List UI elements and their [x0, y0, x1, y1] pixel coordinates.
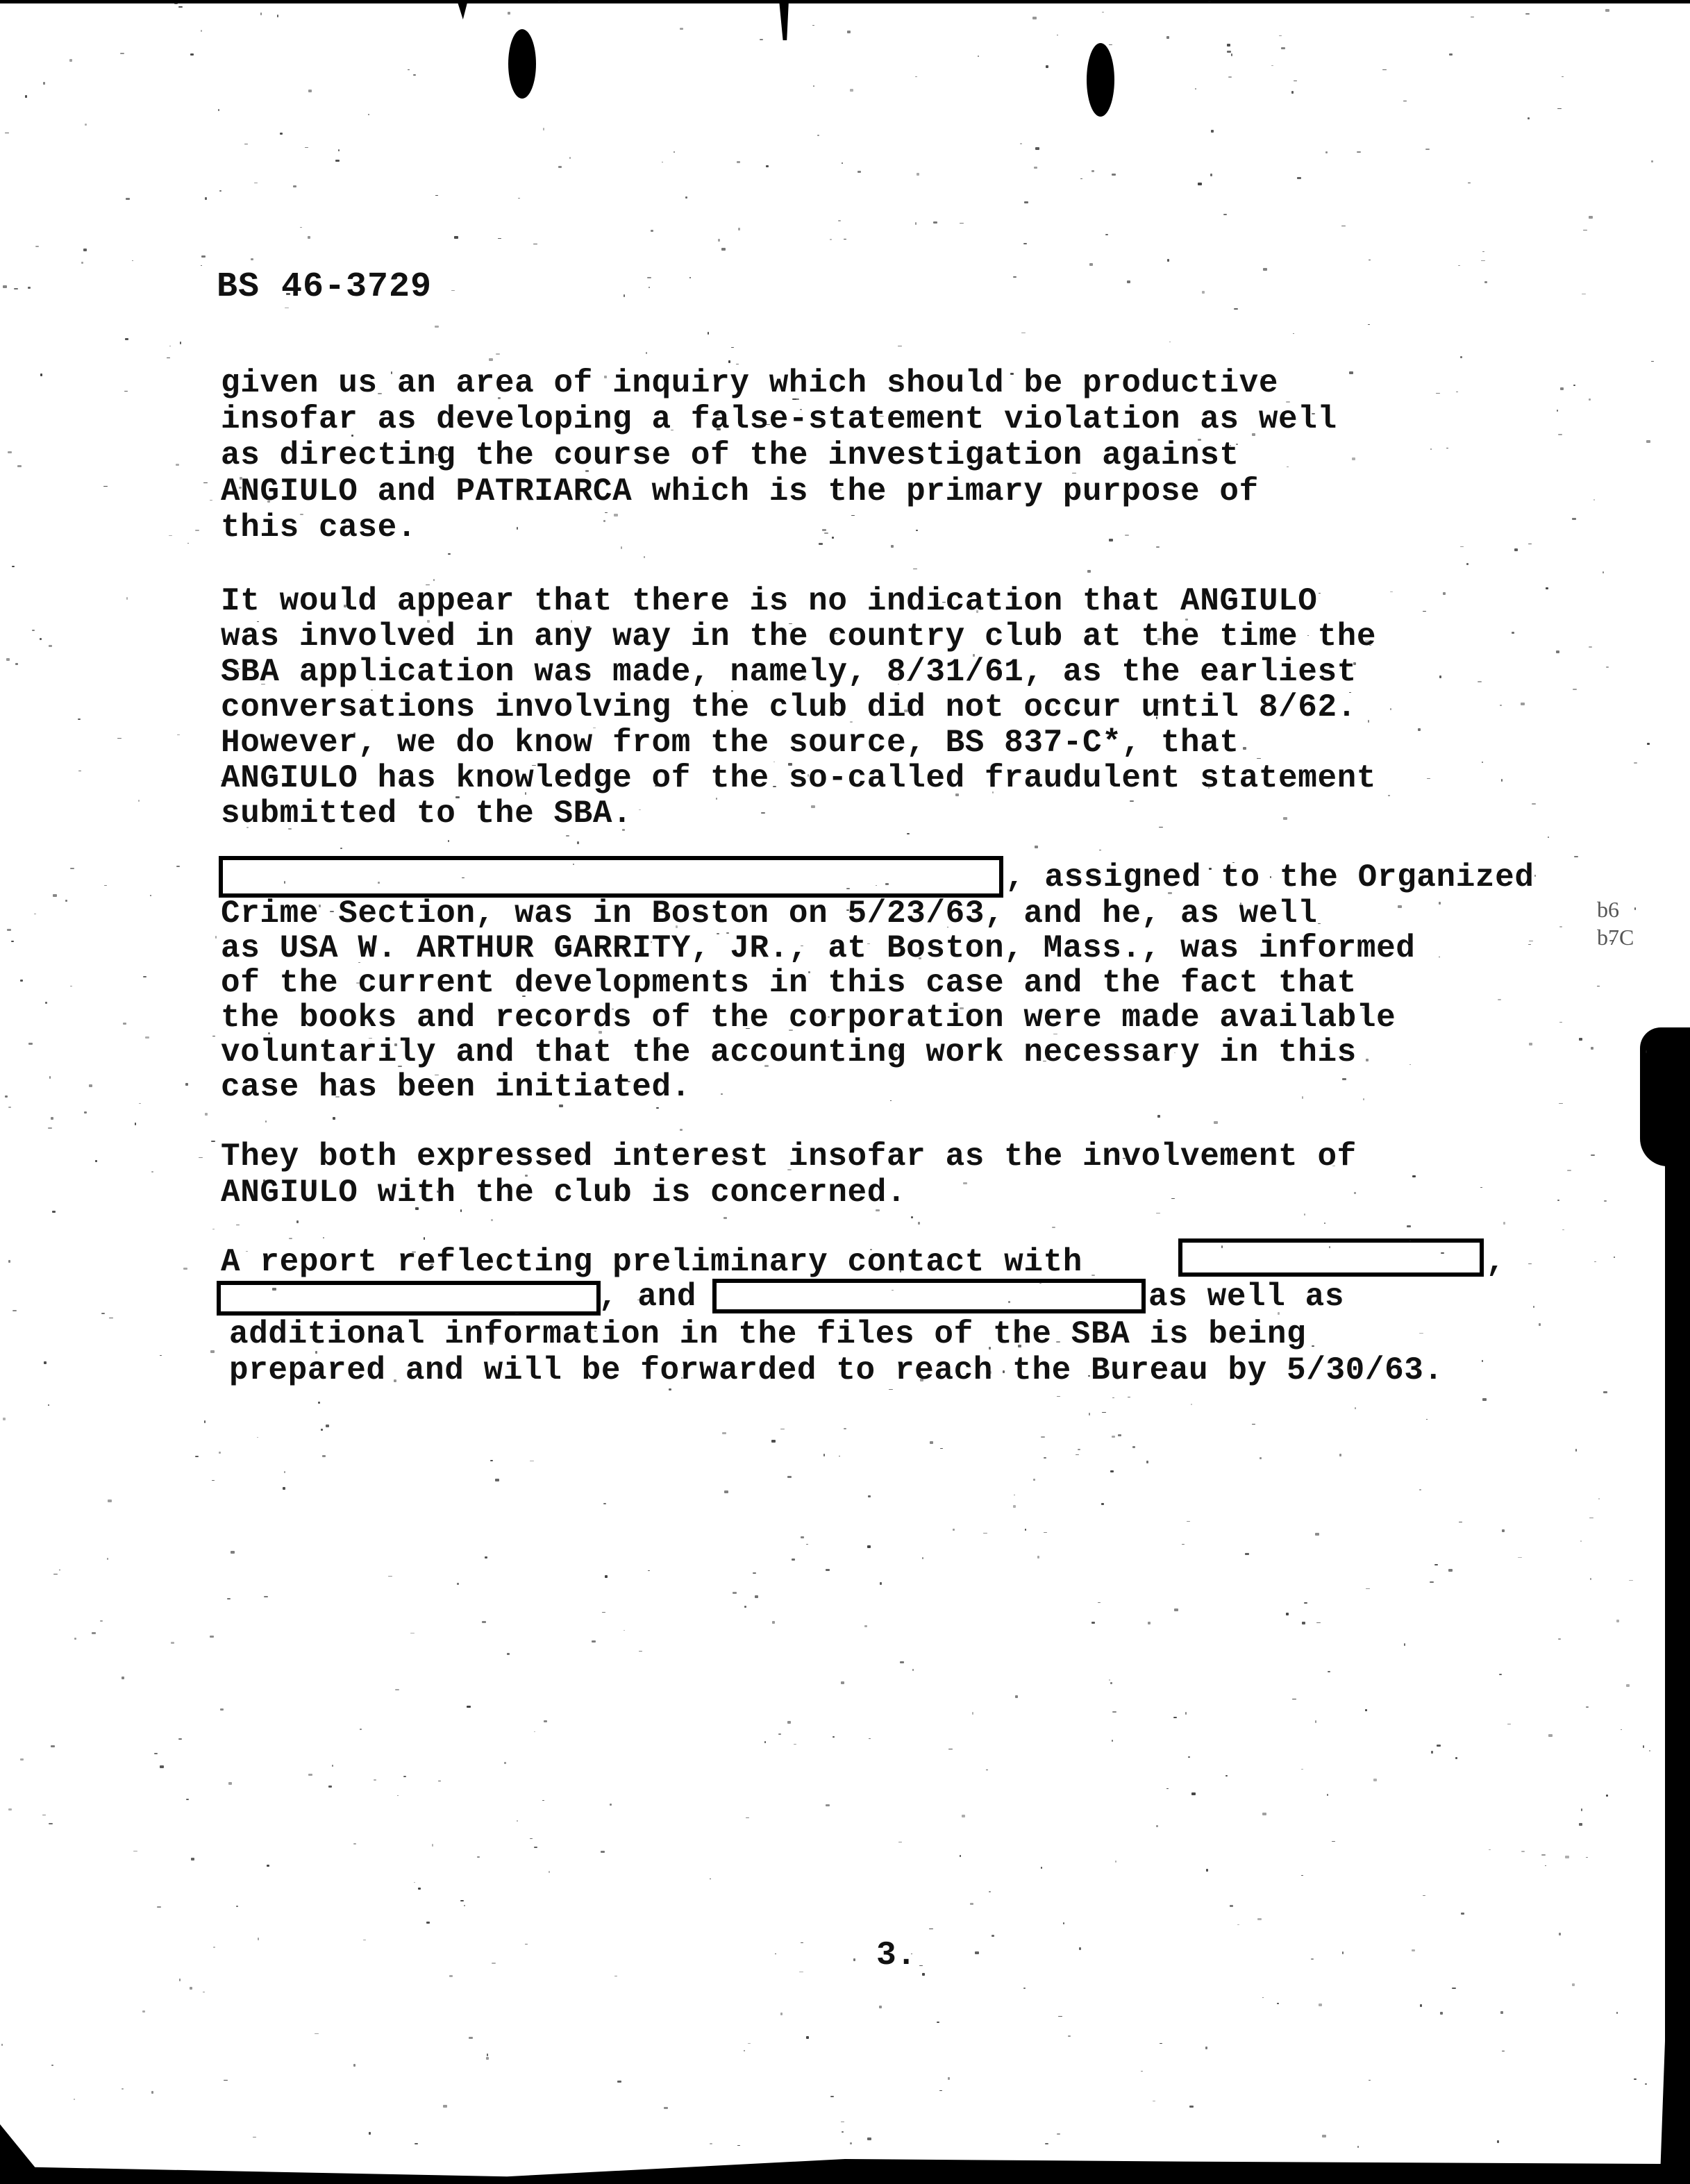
scan-speck [721, 1093, 723, 1095]
scan-speck [761, 812, 765, 814]
scan-speck [833, 1736, 835, 1738]
scan-speck [962, 1815, 965, 1817]
scan-speck [294, 609, 295, 610]
scan-speck [212, 1480, 215, 1481]
scan-speck [1443, 592, 1446, 595]
scan-speck [40, 638, 42, 640]
scan-speck [1366, 1059, 1369, 1061]
scan-speck [1211, 130, 1214, 133]
scan-speck [201, 255, 206, 258]
scan-speck [201, 30, 202, 32]
scan-speck [414, 1882, 415, 1883]
scan-speck [312, 1180, 316, 1183]
text-line: the books and records of the corporation… [221, 1000, 1396, 1036]
scan-speck [787, 1169, 792, 1170]
scan-speck [305, 147, 308, 148]
scan-speck [288, 828, 292, 830]
scan-speck [1015, 1695, 1018, 1698]
scan-speck [332, 1765, 333, 1767]
scan-speck [1087, 570, 1091, 573]
scan-speck [1388, 795, 1390, 796]
scan-speck [992, 1935, 994, 1937]
scan-speck [1583, 230, 1587, 230]
scan-speck [624, 1630, 625, 1631]
scan-speck [1368, 720, 1369, 723]
scan-speck [1332, 1841, 1335, 1842]
scan-speck [236, 1225, 240, 1225]
scan-speck [716, 798, 717, 800]
scan-speck [1502, 2051, 1505, 2051]
scan-speck [1307, 635, 1309, 636]
scan-speck [239, 487, 242, 489]
scan-speck [6, 658, 10, 661]
scan-speck [744, 2050, 745, 2051]
scan-speck [169, 346, 171, 346]
scan-speck [122, 1677, 124, 1679]
scan-speck [1357, 2146, 1359, 2148]
scan-speck [1115, 1860, 1116, 1863]
scan-speck [907, 833, 910, 834]
scan-speck [1279, 35, 1282, 36]
scan-speck [1324, 1223, 1325, 1224]
scan-speck [831, 741, 834, 743]
exemption-code-b6: b6 [1597, 897, 1619, 923]
scan-speck [469, 2037, 473, 2039]
scan-speck [710, 1879, 711, 1879]
scan-speck [1214, 1121, 1218, 1124]
scan-speck [426, 585, 430, 585]
scan-speck [1579, 1038, 1582, 1041]
scan-speck [1187, 1521, 1190, 1522]
scan-speck [1647, 743, 1650, 745]
scan-speck [308, 90, 312, 92]
scan-speck [1349, 371, 1353, 374]
scan-speck [963, 1182, 967, 1184]
scan-speck [1191, 1404, 1192, 1405]
scan-speck [780, 1429, 785, 1429]
scan-speck [1237, 1924, 1239, 1925]
scan-speck [1286, 1613, 1289, 1615]
scan-speck [824, 532, 828, 534]
scan-speck [1166, 36, 1169, 39]
scan-speck [1110, 1682, 1112, 1684]
scan-speck [449, 1975, 453, 1977]
scan-speck [1514, 548, 1518, 551]
scan-speck [1498, 999, 1501, 1000]
scan-speck [721, 248, 726, 251]
scan-speck [806, 2036, 809, 2039]
scan-speck [1195, 88, 1196, 90]
scan-speck [1403, 101, 1407, 101]
scan-speck [32, 630, 35, 631]
scan-speck [322, 1455, 326, 1457]
scan-speck [8, 1107, 11, 1108]
scan-speck [145, 1036, 149, 1039]
scan-speck [151, 2091, 153, 2094]
text-line: as well as [1148, 1279, 1344, 1315]
scan-speck [178, 1738, 182, 1740]
scan-speck [939, 2090, 942, 2091]
scan-speck [1257, 758, 1261, 759]
scan-speck [393, 276, 397, 279]
scan-speck [844, 239, 846, 240]
scan-speck [460, 1900, 464, 1901]
scan-speck [955, 793, 959, 796]
scan-tear-mark [779, 0, 789, 40]
scan-speck [764, 1065, 769, 1067]
scan-speck [525, 1175, 528, 1177]
scan-speck [710, 2143, 712, 2144]
scan-speck [525, 792, 526, 795]
scan-speck [1, 2044, 3, 2046]
scan-speck [525, 1944, 528, 1944]
scan-speck [415, 1207, 419, 1210]
scan-speck [869, 1738, 871, 1739]
scan-speck [215, 936, 217, 939]
scan-speck [753, 1572, 756, 1574]
scan-speck [183, 1268, 187, 1270]
scan-speck [559, 1104, 563, 1107]
scan-speck [1558, 1638, 1561, 1640]
scan-speck [792, 398, 796, 400]
scan-speck [1598, 1498, 1600, 1500]
scan-speck [190, 1987, 192, 1990]
scan-speck [1390, 708, 1391, 710]
scan-speck [398, 1066, 402, 1067]
scan-speck [1301, 1875, 1303, 1876]
scan-speck [850, 2142, 852, 2144]
scan-speck [53, 894, 57, 897]
scan-speck [736, 364, 739, 364]
scan-speck [1528, 544, 1532, 544]
scan-speck [432, 1844, 433, 1847]
scan-speck [395, 1689, 399, 1690]
scan-speck [388, 1576, 392, 1577]
scan-speck [603, 1503, 606, 1504]
scan-speck [1460, 546, 1464, 547]
text-line: conversations involving the club did not… [221, 689, 1357, 725]
scan-speck [1156, 1825, 1158, 1827]
scan-speck [1398, 905, 1402, 908]
scan-speck [542, 1800, 544, 1801]
scan-speck [904, 709, 908, 712]
scan-speck [391, 371, 392, 374]
scan-speck [125, 338, 128, 340]
scan-speck [930, 1441, 933, 1444]
scan-speck [1167, 259, 1169, 262]
scan-speck [11, 941, 14, 942]
scan-speck [1589, 646, 1592, 648]
scan-speck [948, 1749, 953, 1749]
scan-speck [1591, 1154, 1595, 1156]
scan-speck [864, 1625, 867, 1627]
scan-speck [1044, 1532, 1047, 1533]
scan-speck [1497, 2140, 1499, 2143]
scan-speck [12, 566, 15, 567]
scan-speck [1603, 571, 1604, 573]
scan-speck [264, 1596, 268, 1597]
scan-speck [1499, 1674, 1502, 1675]
scan-speck [737, 161, 740, 163]
scan-speck [1128, 1397, 1130, 1397]
scan-speck [1382, 69, 1387, 70]
scan-speck [315, 1351, 317, 1354]
scan-speck [477, 1856, 480, 1858]
scan-speck [1528, 944, 1531, 945]
scan-speck [315, 2033, 319, 2034]
scan-speck [983, 1533, 987, 1534]
scan-speck [1312, 1345, 1314, 1347]
scan-speck [1209, 868, 1212, 870]
scan-speck [1573, 689, 1577, 690]
scan-speck [1202, 291, 1205, 294]
scan-speck [117, 738, 122, 739]
scan-speck [1430, 448, 1432, 450]
scan-speck [277, 15, 278, 17]
scan-speck [176, 866, 180, 867]
scan-speck [199, 1157, 203, 1158]
text-line: as directing the course of the investiga… [221, 437, 1239, 473]
scan-speck [1594, 1261, 1596, 1262]
scan-speck [1423, 611, 1426, 612]
scan-speck [1123, 1158, 1126, 1159]
scan-speck [260, 12, 262, 15]
scan-speck [787, 1476, 792, 1478]
scan-speck [1525, 13, 1530, 15]
scan-speck [1629, 1580, 1633, 1581]
scan-speck [680, 1129, 683, 1131]
binder-hole-icon [1087, 43, 1114, 117]
scan-speck [143, 976, 147, 977]
scan-speck [1063, 1922, 1064, 1924]
scan-speck [646, 352, 647, 354]
scan-speck [917, 173, 919, 176]
scan-speck [1341, 226, 1346, 226]
scan-speck [178, 6, 183, 8]
scan-speck [1507, 1724, 1511, 1724]
scan-speck [1021, 333, 1026, 333]
scan-speck [1046, 65, 1048, 68]
scan-speck [51, 1117, 53, 1120]
scan-speck [1458, 265, 1460, 266]
scan-speck [920, 1379, 923, 1381]
scan-speck [1102, 12, 1104, 12]
scan-speck [628, 1081, 630, 1082]
scan-speck [755, 1595, 758, 1598]
scan-speck [558, 166, 562, 168]
scan-speck [1326, 883, 1329, 886]
scan-speck [150, 895, 151, 896]
scan-speck [530, 1461, 534, 1461]
scan-speck [185, 1083, 188, 1086]
scan-speck [662, 162, 663, 162]
scan-speck [344, 605, 346, 607]
scan-speck [1089, 263, 1093, 266]
text-line: prepared and will be forwarded to reach … [229, 1352, 1444, 1388]
scan-speck [976, 610, 978, 613]
scan-speck [622, 829, 625, 831]
scan-speck [369, 2132, 371, 2135]
scan-speck [1035, 846, 1038, 848]
scan-speck [1556, 650, 1559, 653]
scan-speck [5, 1095, 8, 1098]
scan-speck [850, 89, 853, 92]
scan-speck [74, 1638, 76, 1640]
scan-speck [180, 342, 181, 344]
scan-speck [1099, 850, 1101, 850]
text-line: case has been initiated. [221, 1069, 691, 1105]
scan-speck [212, 1229, 215, 1229]
binder-hole-icon [508, 29, 536, 99]
scan-speck [801, 946, 803, 946]
scan-speck [644, 556, 645, 558]
file-number: BS 46-3729 [217, 267, 432, 307]
scan-speck [1160, 2043, 1162, 2044]
text-line: as USA W. ARTHUR GARRITY, JR., at Boston… [221, 930, 1415, 966]
scan-speck [953, 1529, 955, 1531]
scan-speck [356, 982, 360, 984]
scan-speck [680, 28, 683, 30]
scan-speck [651, 941, 652, 943]
text-line: given us an area of inquiry which should… [221, 365, 1278, 401]
scan-speck [454, 236, 458, 239]
scan-speck [35, 246, 39, 247]
scan-speck [972, 1712, 973, 1715]
scan-speck [830, 2096, 834, 2097]
scan-speck [1482, 251, 1484, 252]
scan-speck [603, 520, 605, 522]
scan-speck [176, 464, 179, 466]
scan-speck [844, 1428, 846, 1429]
scan-speck [17, 465, 22, 467]
scan-speck [408, 69, 410, 70]
scan-speck [1567, 1170, 1571, 1171]
scan-speck [1245, 1553, 1249, 1555]
scan-speck [656, 1107, 659, 1109]
scan-speck [52, 1211, 56, 1213]
scan-speck [823, 1454, 825, 1456]
scan-speck [1312, 413, 1315, 414]
scan-speck [405, 712, 408, 714]
scan-speck [724, 1490, 728, 1493]
scan-speck [14, 288, 18, 289]
scan-speck [203, 482, 208, 483]
scan-speck [1210, 174, 1212, 176]
scan-speck [1173, 1717, 1177, 1718]
scan-speck [1579, 1823, 1582, 1826]
scan-speck [1110, 1470, 1114, 1472]
scan-speck [937, 2022, 939, 2023]
scan-speck [1044, 1457, 1046, 1459]
scan-speck [1518, 1557, 1522, 1558]
scan-speck [1174, 1052, 1176, 1053]
scan-speck [773, 762, 775, 762]
scan-speck [1404, 1643, 1405, 1646]
scan-speck [1230, 445, 1231, 446]
scan-speck [842, 2131, 844, 2133]
scan-speck [911, 1216, 913, 1218]
scan-speck [1003, 1370, 1005, 1373]
scan-speck [15, 663, 18, 665]
scan-speck [1407, 1225, 1411, 1227]
scan-speck [1448, 1569, 1453, 1572]
scan-speck [1430, 1581, 1434, 1583]
scan-speck [12, 1310, 17, 1311]
scan-speck [851, 515, 855, 516]
scan-speck [457, 1583, 459, 1585]
scan-speck [221, 780, 223, 781]
scan-speck [1013, 1505, 1016, 1508]
scan-speck [1316, 1622, 1321, 1623]
scan-speck [1455, 1757, 1457, 1759]
scan-speck [1482, 762, 1483, 763]
scan-speck [335, 1096, 340, 1098]
scan-speck [1342, 1078, 1346, 1080]
scan-speck [1589, 216, 1593, 219]
scan-speck [835, 703, 837, 704]
scan-speck [330, 911, 334, 912]
scan-speck [1189, 2106, 1194, 2108]
scan-speck [1468, 183, 1471, 183]
scan-speck [326, 1425, 329, 1427]
scan-speck [832, 537, 834, 539]
scan-speck [715, 413, 719, 416]
scan-speck [1113, 954, 1114, 956]
scan-speck [253, 2137, 256, 2137]
scan-speck [839, 488, 842, 491]
scan-speck [340, 848, 342, 849]
scan-speck [335, 160, 340, 162]
scan-speck [1557, 108, 1562, 109]
scan-speck [1125, 535, 1129, 536]
redaction-box [219, 856, 1003, 898]
scan-speck [942, 602, 946, 603]
scan-speck [1559, 1933, 1561, 1935]
scan-speck [246, 1251, 248, 1252]
scan-speck [744, 1606, 746, 1608]
scan-speck [989, 1891, 991, 1892]
scan-speck [780, 2013, 783, 2015]
scan-speck [1409, 1064, 1411, 1065]
scan-speck [1593, 499, 1595, 501]
scan-speck [787, 1721, 791, 1724]
text-line: , [1486, 1244, 1505, 1280]
scan-speck [919, 957, 921, 959]
scan-speck [1231, 53, 1232, 56]
scan-speck [1053, 1034, 1057, 1034]
scan-speck [342, 457, 344, 458]
scan-speck [1148, 1622, 1151, 1624]
scan-speck [191, 1858, 194, 1860]
scan-speck [637, 1300, 641, 1300]
scan-speck [1634, 2078, 1637, 2080]
scan-speck [70, 986, 72, 986]
scan-speck [1171, 1198, 1175, 1199]
scan-speck [467, 1706, 471, 1708]
scan-speck [901, 1341, 904, 1343]
scan-speck [975, 1951, 979, 1954]
scan-speck [1643, 1745, 1644, 1748]
page-number: 3. [876, 1937, 917, 1974]
scan-speck [676, 925, 678, 928]
scan-speck [1089, 1413, 1090, 1416]
scan-speck [1304, 1602, 1307, 1604]
scan-speck [772, 1621, 775, 1624]
scan-speck [213, 1947, 215, 1948]
scan-speck [1057, 1396, 1060, 1397]
scan-speck [850, 721, 853, 723]
scan-speck [1559, 1103, 1563, 1104]
